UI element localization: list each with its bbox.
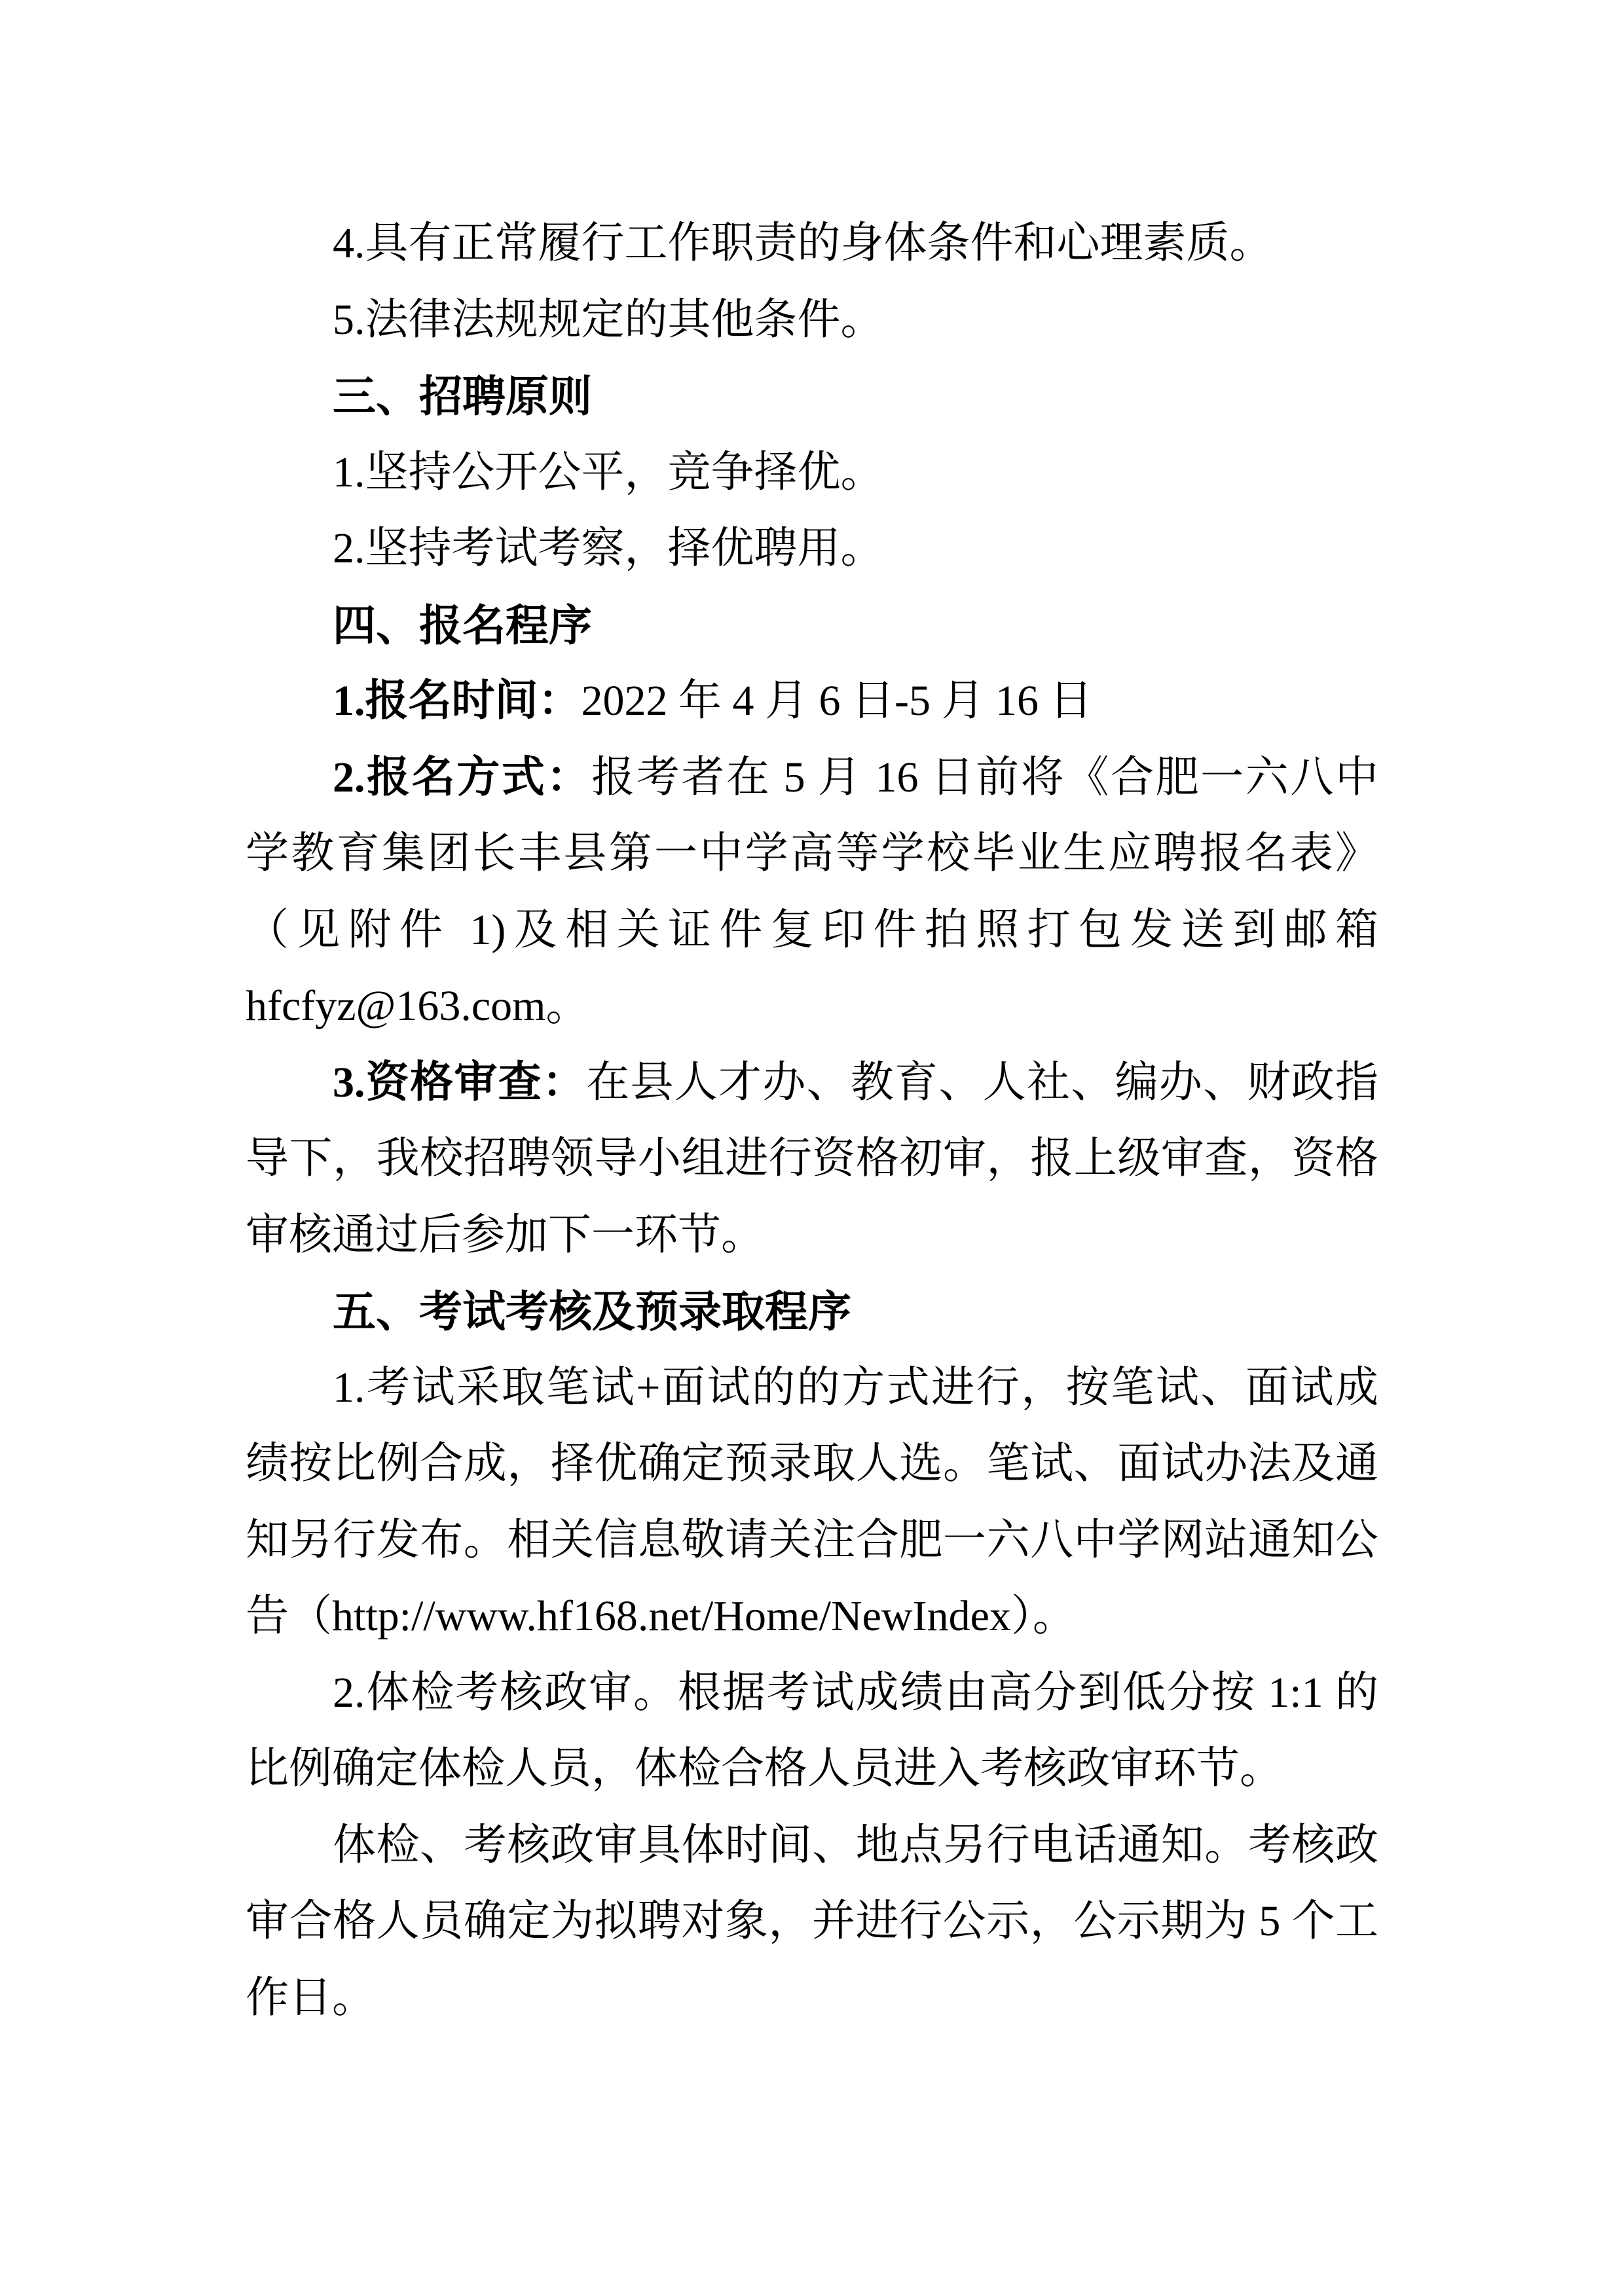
line-text: 1.考试采取笔试+面试的的方式进行，按笔试、面试成	[333, 1364, 1378, 1412]
line-qualification-review-2: 导下，我校招聘领导小组进行资格初审，报上级审查，资格	[246, 1121, 1378, 1197]
line-registration-time: 1.报名时间：2022 年 4 月 6 日-5 月 16 日	[246, 663, 1378, 740]
line-text: 2022 年 4 月 6 日-5 月 16 日	[581, 677, 1093, 725]
line-text: 导下，我校招聘领导小组进行资格初审，报上级审查，资格	[246, 1135, 1378, 1182]
line-registration-method-3: （见附件 1)及相关证件复印件拍照打包发送到邮箱	[246, 892, 1378, 969]
line-notification-3: 作日。	[246, 1960, 1378, 2037]
line-text: 作日。	[246, 1974, 375, 2022]
line-exam-2: 绩按比例合成，择优确定预录取人选。笔试、面试办法及通	[246, 1426, 1378, 1503]
line-principle-1: 1.坚持公开公平，竞争择优。	[246, 435, 1378, 511]
line-requirement-5: 5.法律法规规定的其他条件。	[246, 282, 1378, 359]
line-text: 4.具有正常履行工作职责的身体条件和心理素质。	[333, 219, 1273, 267]
line-text: 知另行发布。相关信息敬请关注合肥一六八中学网站通知公	[246, 1516, 1378, 1564]
line-notification-1: 体检、考核政审具体时间、地点另行电话通知。考核政	[246, 1808, 1378, 1884]
line-text: 1.坚持公开公平，竞争择优。	[333, 448, 884, 496]
line-registration-email: hfcfyz@163.com。	[246, 968, 1378, 1045]
line-requirement-4: 4.具有正常履行工作职责的身体条件和心理素质。	[246, 206, 1378, 282]
heading-text: 五、考试考核及预录取程序	[333, 1287, 851, 1336]
line-exam-1: 1.考试采取笔试+面试的的方式进行，按笔试、面试成	[246, 1350, 1378, 1427]
line-text: 2.坚持考试考察，择优聘用。	[333, 524, 884, 572]
qualification-review-label: 3.资格审查：	[333, 1059, 586, 1106]
line-text: 报考者在 5 月 16 日前将《合肥一六八中	[591, 754, 1378, 801]
website-text: 告（http://www.hf168.net/Home/NewIndex）。	[246, 1592, 1076, 1640]
line-notification-2: 审合格人员确定为拟聘对象，并进行公示，公示期为 5 个工	[246, 1884, 1378, 1960]
line-registration-method-2: 学教育集团长丰县第一中学高等学校毕业生应聘报名表》	[246, 816, 1378, 892]
line-registration-method-1: 2.报名方式：报考者在 5 月 16 日前将《合肥一六八中	[246, 740, 1378, 816]
line-text: 绩按比例合成，择优确定预录取人选。笔试、面试办法及通	[246, 1440, 1378, 1487]
heading-text: 三、招聘原则	[333, 372, 592, 420]
document-body: 4.具有正常履行工作职责的身体条件和心理素质。 5.法律法规规定的其他条件。 三…	[246, 206, 1378, 2036]
document-page: 4.具有正常履行工作职责的身体条件和心理素质。 5.法律法规规定的其他条件。 三…	[0, 0, 1624, 2296]
email-text: hfcfyz@163.com。	[246, 982, 589, 1030]
line-qualification-review-3: 审核通过后参加下一环节。	[246, 1197, 1378, 1274]
line-physical-exam-1: 2.体检考核政审。根据考试成绩由高分到低分按 1:1 的	[246, 1655, 1378, 1732]
line-text: 比例确定体检人员，体检合格人员进入考核政审环节。	[246, 1745, 1283, 1793]
heading-text: 四、报名程序	[333, 601, 592, 649]
line-text: 体检、考核政审具体时间、地点另行电话通知。考核政	[333, 1821, 1378, 1869]
line-qualification-review-1: 3.资格审查：在县人才办、教育、人社、编办、财政指	[246, 1045, 1378, 1121]
line-text: 审合格人员确定为拟聘对象，并进行公示，公示期为 5 个工	[246, 1897, 1378, 1945]
line-text: （见附件 1)及相关证件复印件拍照打包发送到邮箱	[246, 906, 1378, 954]
registration-time-label: 1.报名时间：	[333, 677, 581, 725]
line-exam-3: 知另行发布。相关信息敬请关注合肥一六八中学网站通知公	[246, 1503, 1378, 1579]
registration-method-label: 2.报名方式：	[333, 754, 591, 801]
line-text: 学教育集团长丰县第一中学高等学校毕业生应聘报名表》	[246, 829, 1378, 877]
line-text: 在县人才办、教育、人社、编办、财政指	[586, 1059, 1378, 1106]
line-exam-website: 告（http://www.hf168.net/Home/NewIndex）。	[246, 1578, 1378, 1655]
heading-section-three-recruitment-principles: 三、招聘原则	[246, 358, 1378, 435]
line-text: 5.法律法规规定的其他条件。	[333, 296, 884, 344]
line-text: 审核通过后参加下一环节。	[246, 1211, 764, 1259]
line-text: 2.体检考核政审。根据考试成绩由高分到低分按 1:1 的	[333, 1669, 1378, 1717]
heading-section-four-registration-procedure: 四、报名程序	[246, 587, 1378, 664]
line-principle-2: 2.坚持考试考察，择优聘用。	[246, 511, 1378, 587]
line-physical-exam-2: 比例确定体检人员，体检合格人员进入考核政审环节。	[246, 1731, 1378, 1808]
heading-section-five-exam-and-preadmission-procedure: 五、考试考核及预录取程序	[246, 1273, 1378, 1350]
